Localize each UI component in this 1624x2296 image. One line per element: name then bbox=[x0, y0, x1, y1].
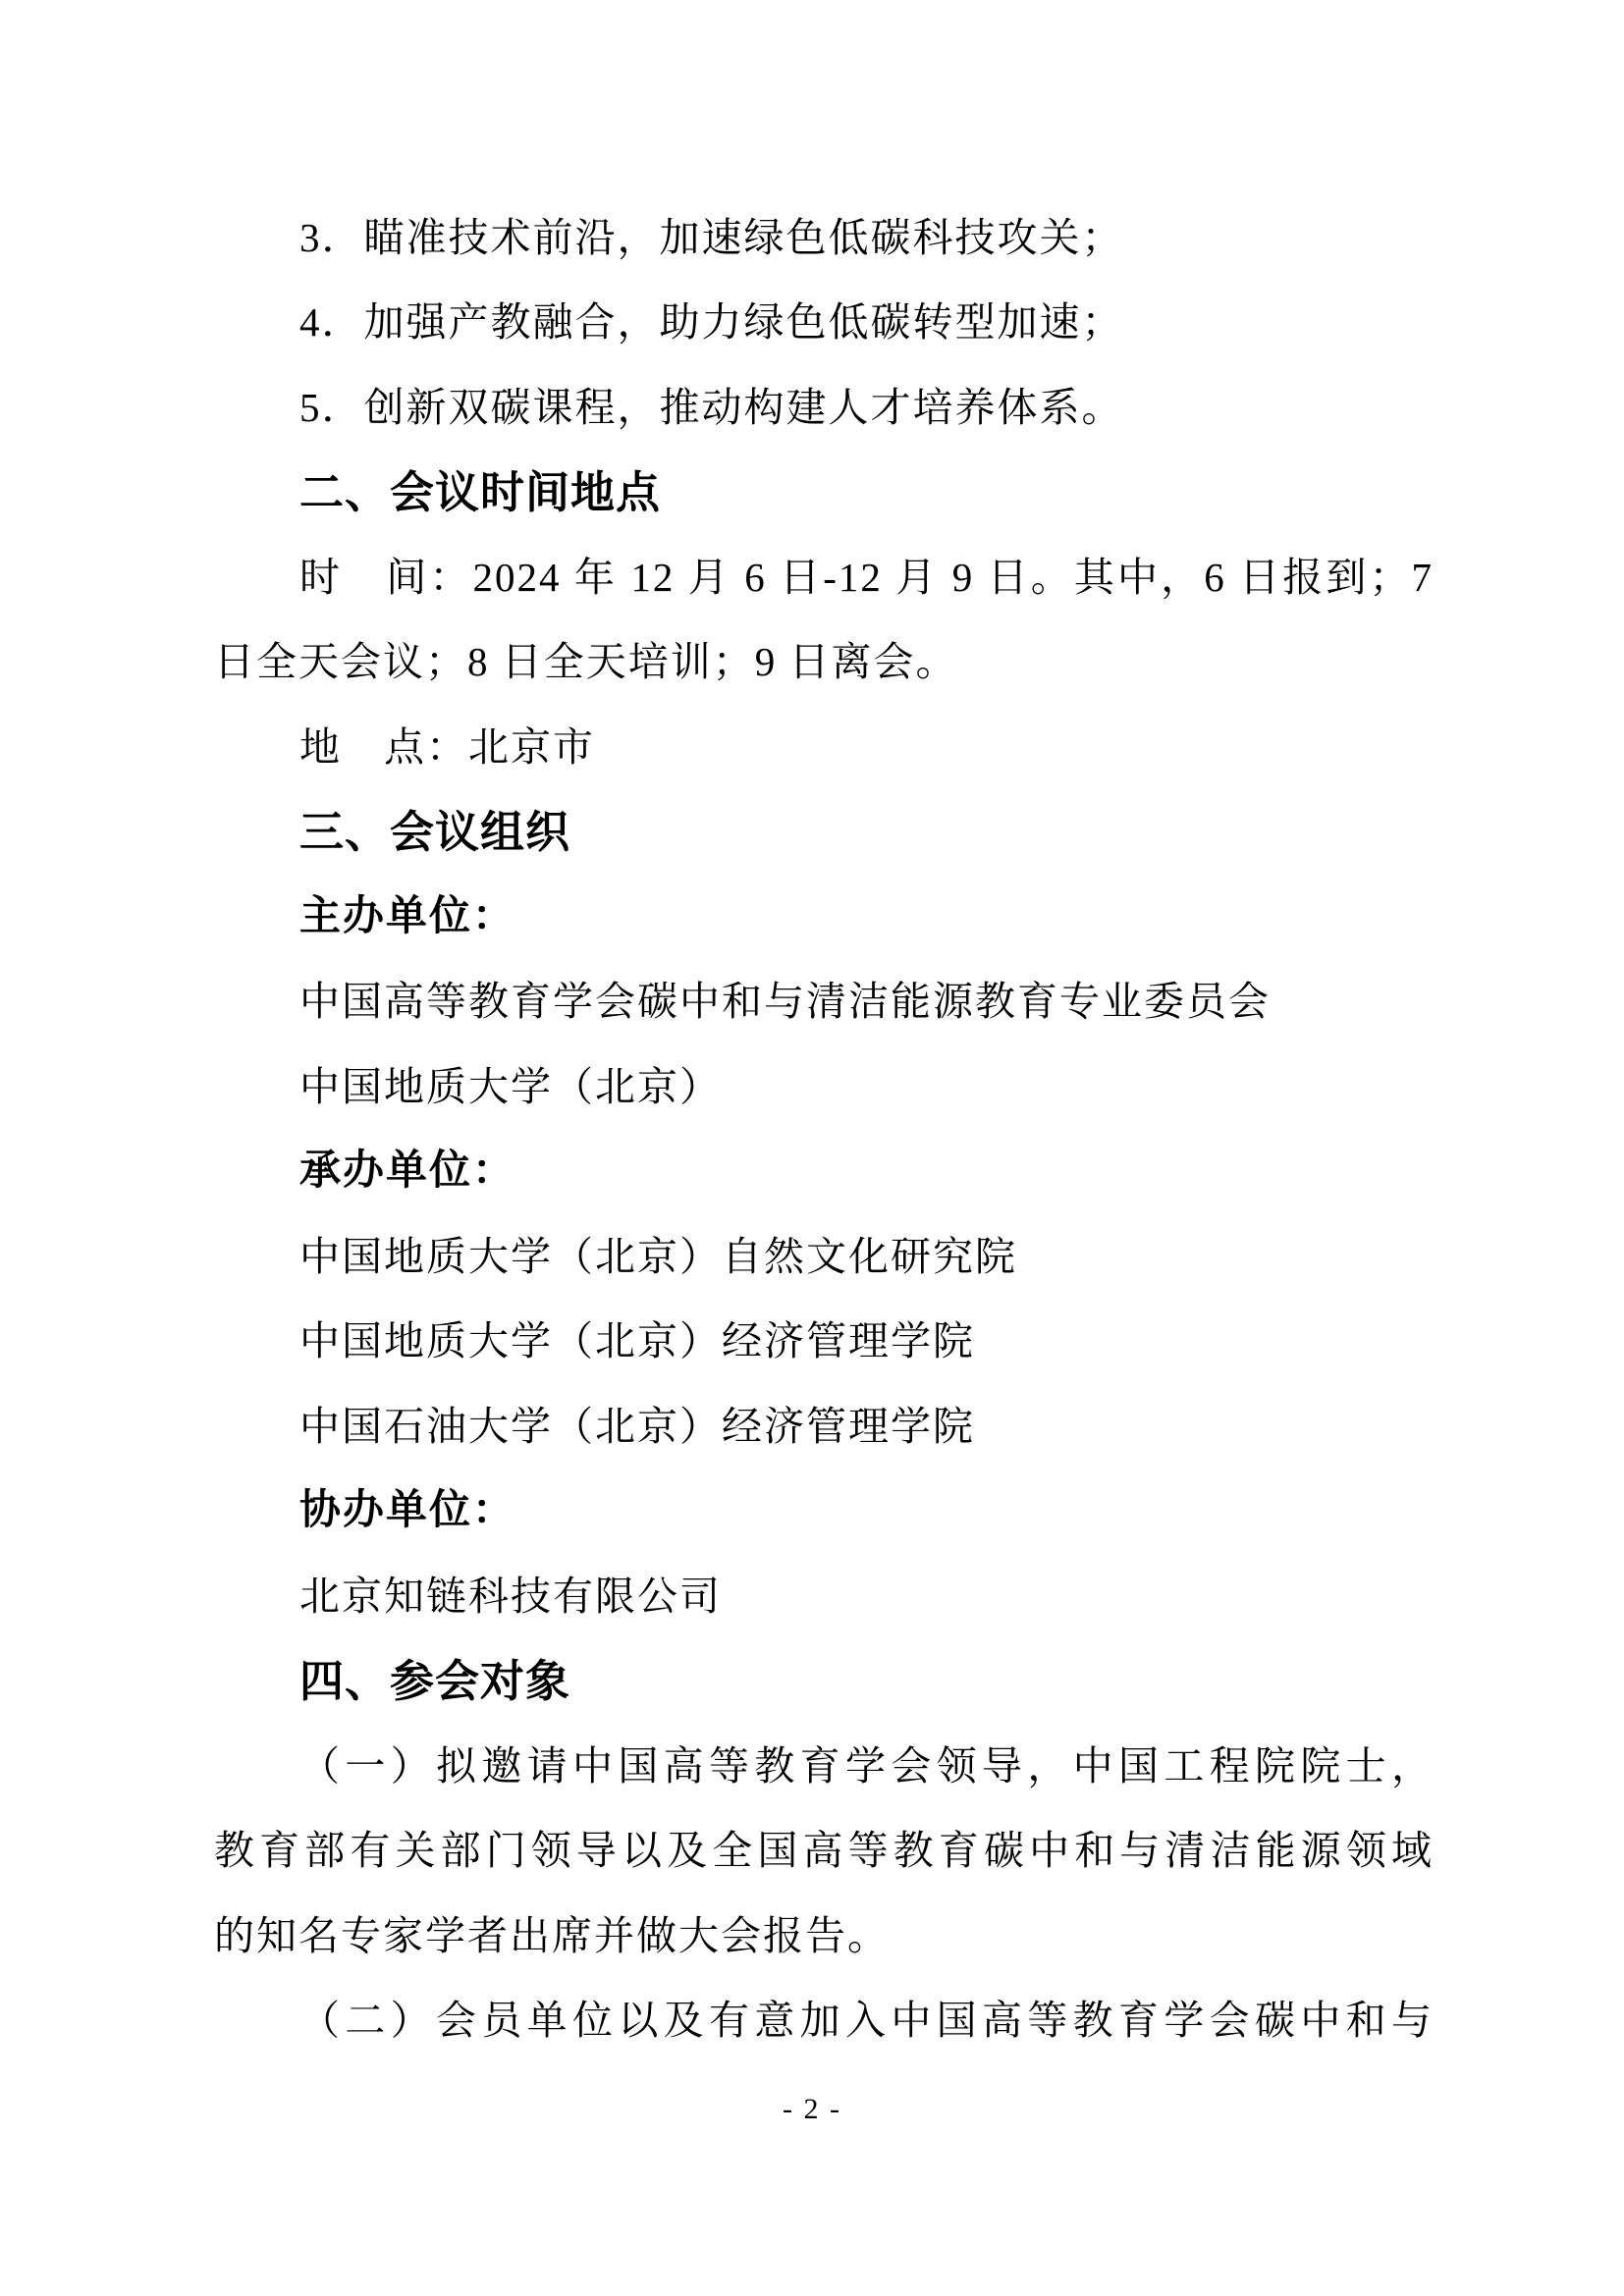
page-number: - 2 - bbox=[0, 2066, 1624, 2152]
paragraph-time-line-2: 日全天会议；8 日全天培训；9 日离会。 bbox=[214, 619, 1434, 705]
label-co-organizer-units: 协办单位： bbox=[214, 1468, 1434, 1554]
org-organizer-2: 中国地质大学（北京）经济管理学院 bbox=[214, 1299, 1434, 1384]
paragraph-time-line-1: 时 间：2024 年 12 月 6 日-12 月 9 日。其中，6 日报到；7 bbox=[214, 535, 1434, 620]
paragraph-attendees-2-line-1: （二）会员单位以及有意加入中国高等教育学会碳中和与 bbox=[214, 1978, 1434, 2063]
paragraph-attendees-1-line-2: 教育部有关部门领导以及全国高等教育碳中和与清洁能源领域 bbox=[214, 1808, 1434, 1894]
list-item-5: 5．创新双碳课程，推动构建人才培养体系。 bbox=[214, 365, 1434, 451]
org-co-organizer-1: 北京知链科技有限公司 bbox=[214, 1554, 1434, 1639]
heading-meeting-time-location: 二、会议时间地点 bbox=[214, 450, 1434, 535]
list-item-4: 4．加强产教融合，助力绿色低碳转型加速； bbox=[214, 280, 1434, 365]
label-organizer-units: 承办单位： bbox=[214, 1129, 1434, 1214]
paragraph-attendees-1-line-1: （一）拟邀请中国高等教育学会领导，中国工程院院士， bbox=[214, 1724, 1434, 1809]
document-page: 3．瞄准技术前沿，加速绿色低碳科技攻关； 4．加强产教融合，助力绿色低碳转型加速… bbox=[0, 0, 1624, 2296]
org-host-1: 中国高等教育学会碳中和与清洁能源教育专业委员会 bbox=[214, 959, 1434, 1044]
list-item-3: 3．瞄准技术前沿，加速绿色低碳科技攻关； bbox=[214, 195, 1434, 281]
heading-attendees: 四、参会对象 bbox=[214, 1638, 1434, 1724]
label-host-units: 主办单位： bbox=[214, 875, 1434, 960]
org-organizer-3: 中国石油大学（北京）经济管理学院 bbox=[214, 1384, 1434, 1469]
org-host-2: 中国地质大学（北京） bbox=[214, 1044, 1434, 1130]
paragraph-location: 地 点：北京市 bbox=[214, 705, 1434, 790]
paragraph-attendees-1-line-3: 的知名专家学者出席并做大会报告。 bbox=[214, 1894, 1434, 1979]
org-organizer-1: 中国地质大学（北京）自然文化研究院 bbox=[214, 1214, 1434, 1300]
heading-meeting-organization: 三、会议组织 bbox=[214, 789, 1434, 875]
